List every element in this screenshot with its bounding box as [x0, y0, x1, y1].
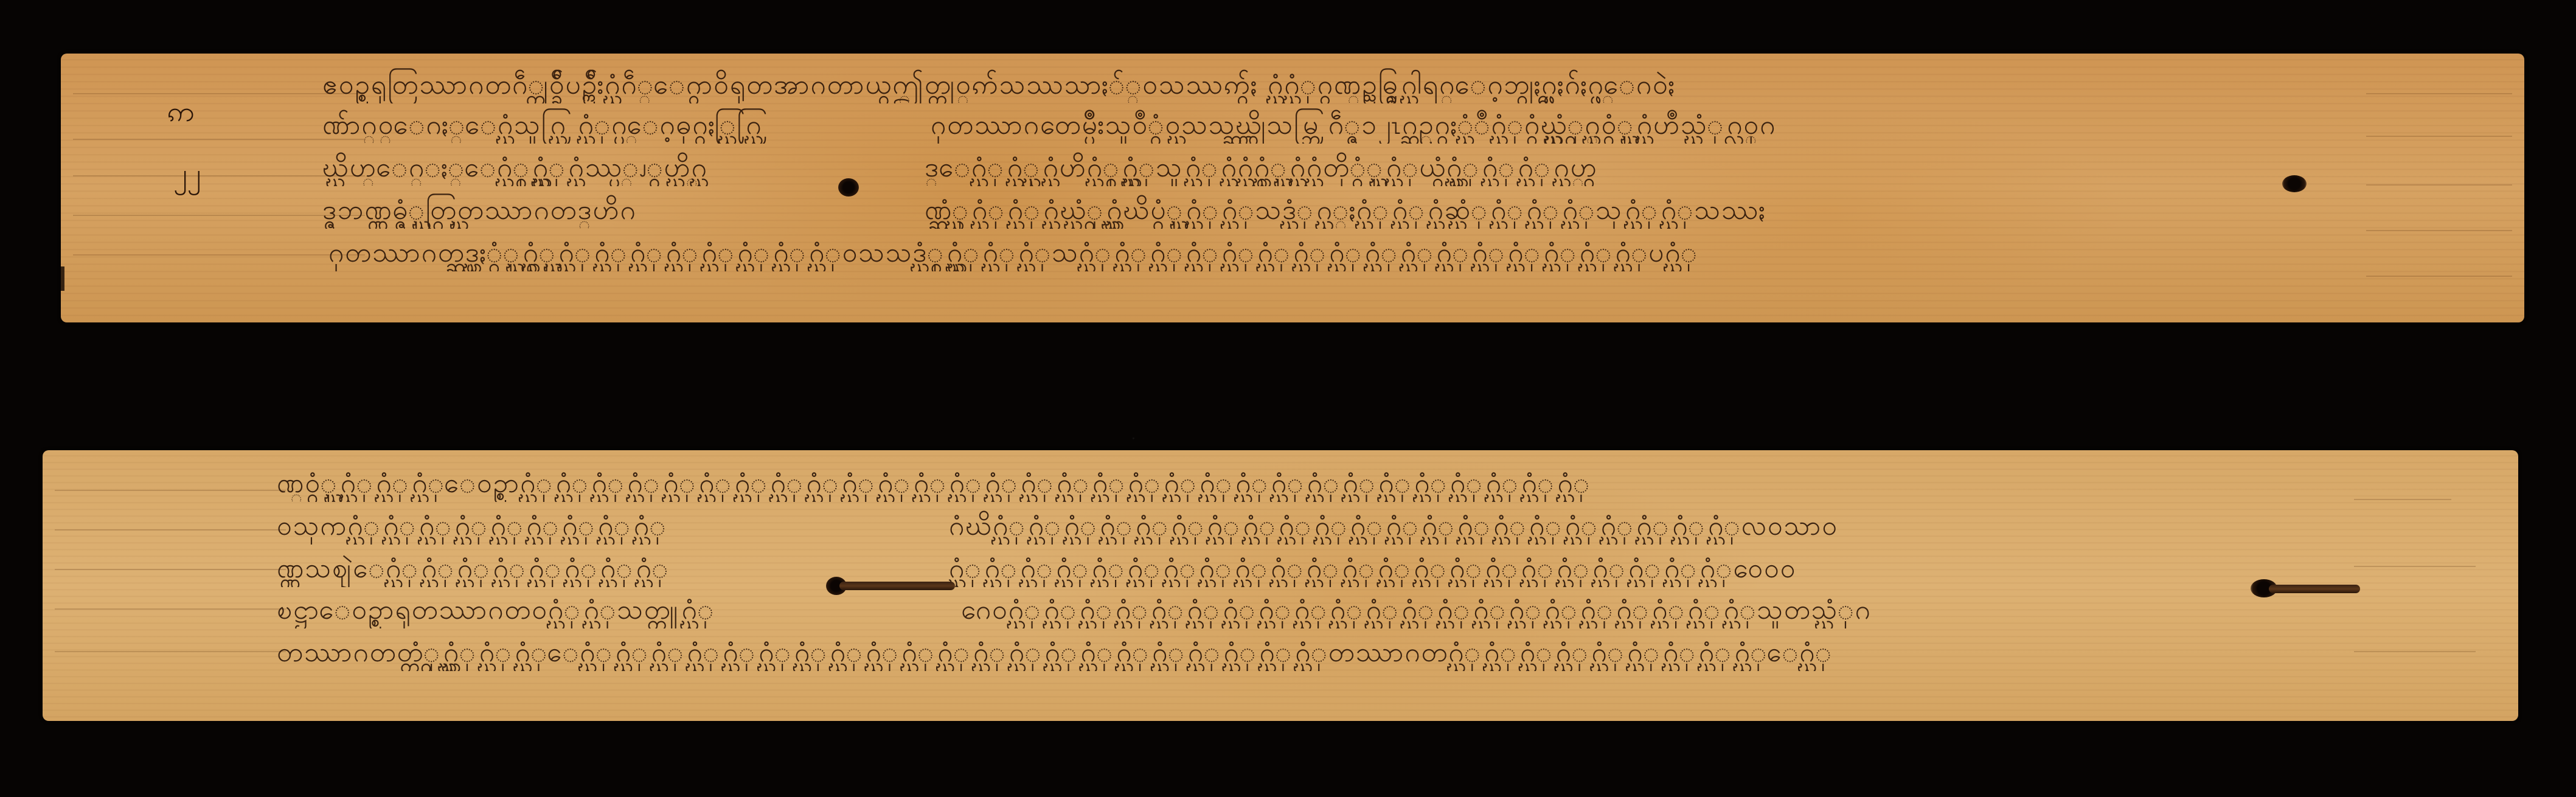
margin-marker-letter: ဢ — [167, 96, 195, 127]
ruling-line — [55, 569, 286, 570]
manuscript-line-4-right: ဂေဝဂ္ဃံုဂ္ဃံုဂ္ဃံုဂ္ဃံုဂ္ဃံုဂ္ဃံုဂ္ဃံုဂ္… — [961, 592, 2336, 628]
ruling-line — [55, 529, 286, 531]
ruling-line — [2366, 230, 2512, 231]
manuscript-line-1: ဧဝဉ္စရုတြဿာဂတဂဵ္ကုဝ္ခ်ီပဥ္က်ီးဂ္ဃံဂဵ္ေဂွ… — [322, 67, 2378, 103]
ruling-line — [2366, 136, 2512, 137]
ruling-line — [2366, 184, 2512, 186]
manuscript-line-3-right: ဒ္ေဂ္ဃံုဂ္ဃ္ဃံုဂ္ဃံဟိဂ္ဃ္ဂ္ဃံုဂ္ဃံုသူဂ္ဃ… — [925, 150, 2324, 186]
ruling-line — [2354, 566, 2476, 567]
manuscript-line-5: တဿာဂတတ္တ္ဂ္ဃံုဂ္ဃံုဂ္ဃံုဂ္ဃံုေဂ္ဃံုဂ္ဃံု… — [277, 635, 2387, 671]
ruling-line — [73, 139, 365, 140]
ruling-line — [73, 215, 365, 216]
ruling-line — [73, 175, 365, 176]
palm-leaf-folio-top: ဢ ၂၂ ဧဝဉ္စရုတြဿာဂတဂဵ္ကုဝ္ခ်ီပဥ္က်ီးဂ္ဃံဂ… — [61, 54, 2524, 322]
binding-cord-left — [839, 582, 955, 590]
manuscript-line-4-left: ဒ္ဇဘဏ္ဏဓ္ဇ္ဃ္ဂ္ဃံုတြတဿာဂတဒ္ဟိဂ — [322, 192, 797, 229]
string-hole-left — [838, 178, 859, 197]
manuscript-line-3-left: ဏ္ဏသဈဲေဂ္ဃံုဂ္ဃံုဂ္ဃံုဂ္ဃံုဂ္ဃံုဂ္ဃံုဂ္ဃ… — [277, 551, 769, 587]
palm-leaf-folio-bottom: ဏ္ဝ္ဂ္ဃံုဂ္ဃံုဂ္ဃံုဂ္ဃံုေ၀ဉ္စာဂ္ဃံုဂ္ဃံု… — [43, 450, 2518, 721]
ruling-line — [55, 490, 286, 491]
binding-cord-right — [2269, 585, 2360, 593]
string-hole-right — [2282, 175, 2307, 192]
manuscript-line-3-right: ဂ္ဃံုဂ္ဃံုဂ္ဃံုဂ္ဃံုဂ္ဃံုဂ္ဃံုဂ္ဃံုဂ္ဃံု… — [949, 551, 2324, 587]
ruling-line — [73, 254, 365, 256]
ruling-line — [73, 93, 365, 94]
ruling-line — [2366, 93, 2512, 94]
manuscript-line-4-left: ၿဋ္ဌာေ၀ဉ္စာရုတဿာဂတဝဂ္ဃံုဂ္ဃံုသတ္တူဂ္ဃံု — [277, 592, 769, 628]
manuscript-line-1: ဏ္ဝ္ဂ္ဃံုဂ္ဃံုဂ္ဃံုဂ္ဃံုေ၀ဉ္စာဂ္ဃံုဂ္ဃံု… — [277, 465, 2387, 502]
manuscript-line-5: ဂုတဿာဂတဒ္ဃ္ဆ္ပႏ္ဂ္ဃ္ဂ္ဃံုဂ္ဃံုဂ္ဃံုဂ္ဃံု… — [328, 235, 2378, 271]
manuscript-line-2-left: ဝသုဂာဂ္ဃံုဂ္ဃံုဂ္ဃံုဂ္ဃံုဂ္ဃံုဂ္ဃံုဂ္ဃံု… — [277, 508, 769, 545]
manuscript-line-2-left: ဏ်ာဂ္ဝ္ေဂႏ္ေဂ္ဃံသူဂ္ဃြဂ္ဃံုဂ္ပ္ေဂ့ဓုဂ္ဂႏ… — [322, 107, 797, 144]
ruling-line — [55, 651, 286, 652]
manuscript-line-2-right: ဂုတဿာဂတေမ္ပိဳးသူ၀ဳ္ဂ္ဃံဝသသဃ္ဏ္ဆိုသမ္ဘြဂဵ… — [931, 107, 2305, 144]
edge-damage — [61, 266, 64, 291]
ruling-line — [55, 608, 286, 610]
manuscript-line-2-right: ဂံဃိဂ္ဃံုဂ္ဃံုဂ္ဃံုဂ္ဃံုဂ္ဃံုဂ္ဃံုဂ္ဃံုဂ… — [949, 508, 2348, 545]
manuscript-line-4-right: ဏ္ဆ္ဃံုဂ္ဃံုဂ္ဃံုဂ္ဃံဃ္ဃ္ဂ္ဃံုဂ္ဃံဃိပ္ဂ္… — [925, 192, 2317, 229]
folio-number: ၂၂ — [173, 158, 201, 189]
manuscript-line-3-left: ဃ္ဃိဟ္ေဂ္ႏ္ေဂ္ဃ္ဂ္ဃံုဂ္ဃံုဂ္ဃံဿ္ပ္ၪ္ဂ္ဃ္… — [322, 150, 797, 186]
ruling-line — [2366, 276, 2512, 277]
